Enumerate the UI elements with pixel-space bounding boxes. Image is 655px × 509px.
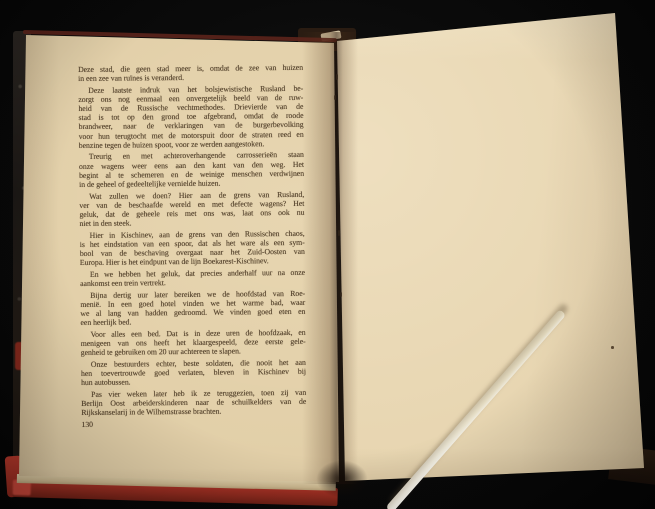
gutter-bottom-shadow [316, 460, 368, 498]
stitch-mark [340, 292, 342, 297]
paragraph: Wat zullen we doen? Hier aan de grens va… [79, 189, 304, 228]
text-line: in de geheel of gedeeltelijke vernielde … [79, 178, 304, 189]
paragraph: Hier in Kischinev, aan de grens van den … [80, 229, 305, 268]
text-line: Rijkskanselarij in de Wilhemstrasse brac… [81, 406, 306, 417]
paper-speck [611, 346, 614, 349]
photo-open-book: Deze stad, die geen stad meer is, omdat … [0, 0, 655, 509]
paragraph: Treurig en met achteroverhangende carros… [79, 150, 304, 189]
paragraph: En we hebben het geluk, dat precies ande… [80, 268, 305, 288]
stitch-mark [336, 74, 338, 80]
stitch-mark [334, 95, 336, 100]
text-line: in een zee van ruïnes is veranderd. [78, 72, 303, 83]
left-page-text: Deze stad, die geen stad meer is, omdat … [78, 63, 306, 430]
text-line: hun autobussen. [81, 376, 306, 387]
text-line: aankomst een trein vertrekt. [80, 277, 305, 288]
text-line: niet in den steek. [79, 217, 304, 228]
text-line: Europa. Hier is het eindpunt van de lijn… [80, 256, 305, 267]
paragraph: Pas vier weken later heb ik ze teruggezi… [81, 388, 306, 418]
text-line: genheid te gebruiken om 20 uur achtereen… [81, 346, 306, 357]
text-line: benzine tegen de huizen spoot, voor ze w… [79, 139, 304, 150]
paragraph: Onze bestuurders echter, beste soldaten,… [81, 358, 306, 388]
stitch-mark [338, 230, 340, 236]
paragraph: Voor alles een bed. Dat is in deze uren … [81, 328, 306, 358]
paragraph: Deze laatste indruk van het bolsjewistis… [78, 84, 304, 150]
paragraph: Bijna dertig uur later bereiken we de ho… [80, 289, 305, 328]
paragraph: Deze stad, die geen stad meer is, omdat … [78, 63, 303, 83]
text-line: een heerlijk bed. [80, 316, 305, 327]
